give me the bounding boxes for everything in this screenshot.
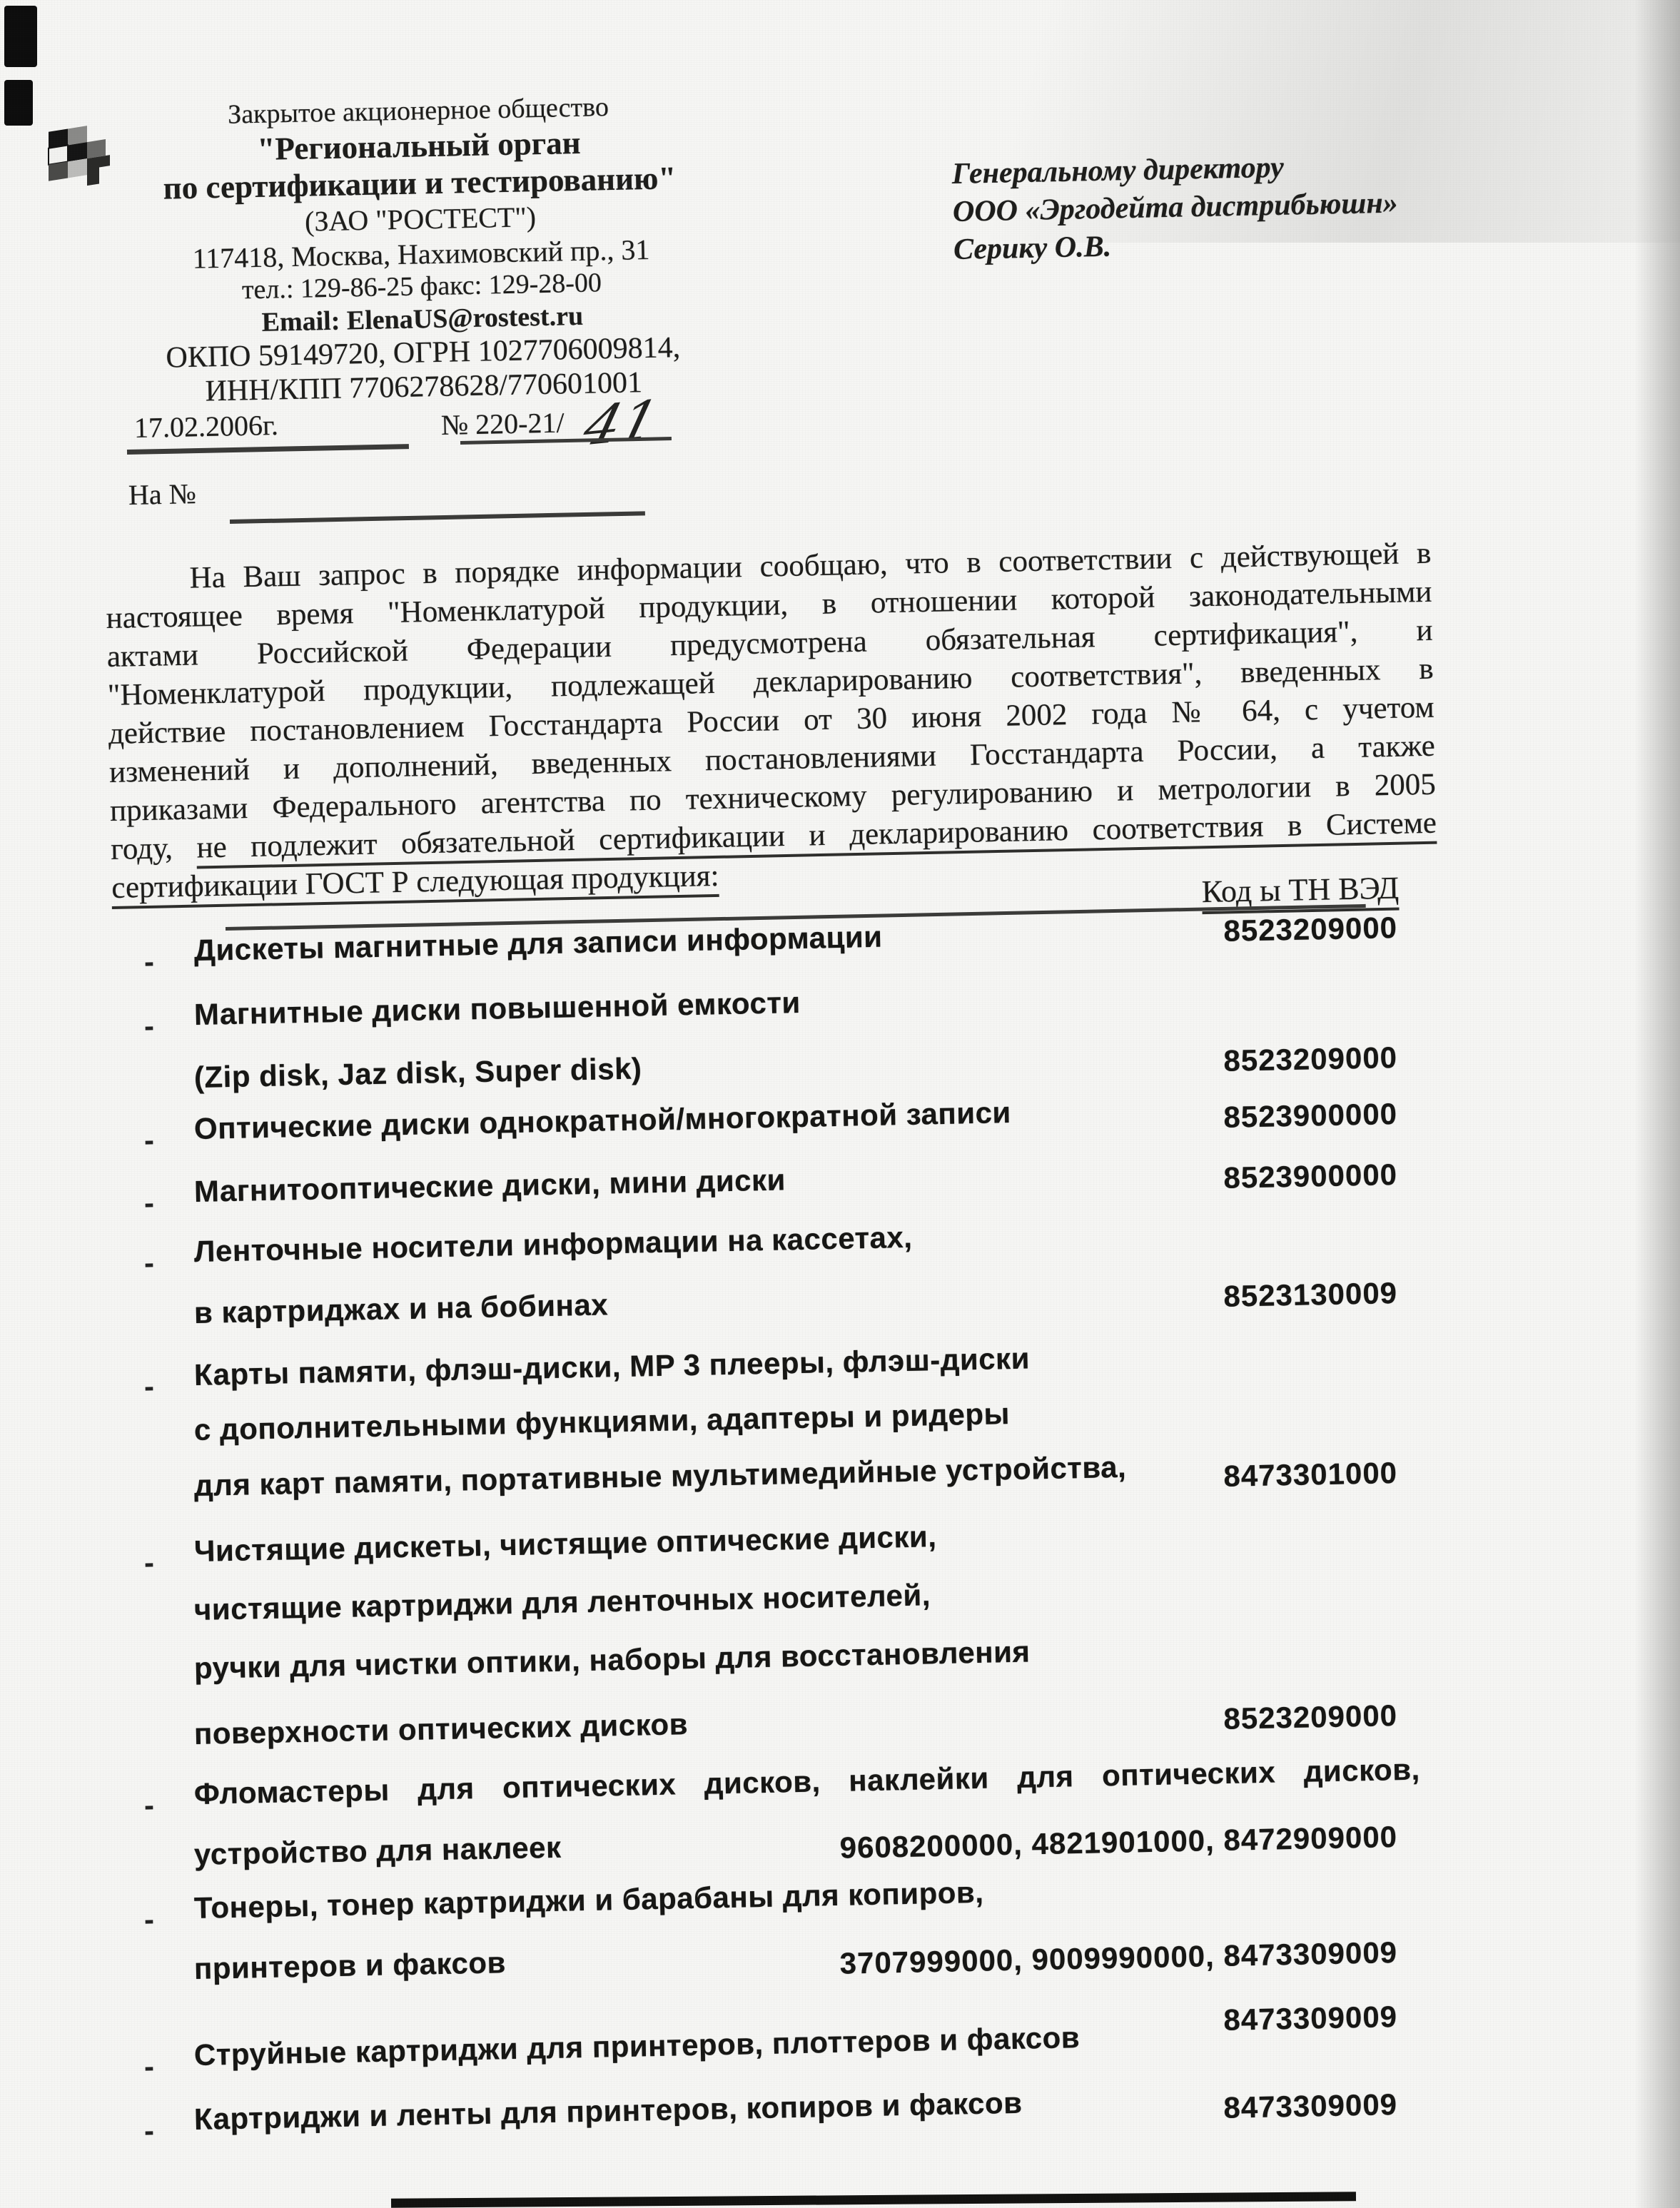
list-marker: - xyxy=(144,2114,155,2148)
tn-ved-code: 8473309009 xyxy=(714,2000,1398,2047)
list-item-line: Карты памяти, флэш-диски, MP 3 плееры, ф… xyxy=(194,1342,1031,1392)
letter-date: 17.02.2006г. xyxy=(134,408,279,445)
recipient-block: Генеральному директору ООО «Эргодейта ди… xyxy=(951,146,1467,269)
list-marker: - xyxy=(144,1009,155,1043)
list-item-line: чистящие картриджи для ленточных носител… xyxy=(194,1578,931,1627)
scanned-letter-page: Закрытое акционерное общество "Региональ… xyxy=(0,0,1680,2208)
list-marker: - xyxy=(144,1186,155,1220)
list-item-line: ручки для чистки оптики, наборы для восс… xyxy=(194,1634,1031,1686)
list-item-line: Тонеры, тонер картриджи и барабаны для к… xyxy=(194,1875,984,1925)
tn-ved-code: 8523130009 xyxy=(714,1276,1398,1324)
list-item-line: (Zip disk, Jaz disk, Super disk) xyxy=(194,1051,642,1095)
scan-artifact-mark xyxy=(4,6,37,67)
list-item-line: Чистящие дискеты, чистящие оптические ди… xyxy=(194,1519,937,1569)
tn-ved-code: 8523209000 xyxy=(714,1040,1398,1088)
date-underline xyxy=(127,444,409,455)
scan-artifact-mark xyxy=(4,80,33,126)
list-marker: - xyxy=(144,1246,155,1280)
scan-edge-streak xyxy=(1634,0,1680,2208)
list-marker: - xyxy=(144,945,155,979)
letter-number-prefix: № 220-21/ xyxy=(441,406,565,442)
tn-ved-code: 8523900000 xyxy=(714,1158,1398,1205)
list-marker: - xyxy=(144,1123,155,1158)
tn-ved-code: 8523209000 xyxy=(714,1698,1398,1746)
list-marker: - xyxy=(144,1369,155,1404)
list-item-line: Фломастеры для оптических дисков, наклей… xyxy=(194,1753,1421,1811)
list-item-line: в картриджах и на бобинах xyxy=(194,1287,609,1330)
list-marker: - xyxy=(144,1546,155,1580)
tn-ved-code: 3707999000, 9009990000, 8473309009 xyxy=(714,1935,1398,1983)
list-item-line: устройство для наклеек xyxy=(194,1830,562,1872)
list-item-line: принтеров и факсов xyxy=(194,1945,507,1986)
body-paragraph: На Ваш запрос в порядке информации сообщ… xyxy=(105,535,1437,908)
scan-bottom-bar xyxy=(391,2192,1356,2207)
list-marker: - xyxy=(144,1903,155,1937)
list-item-line: Магнитооптические диски, мини диски xyxy=(194,1163,786,1209)
tn-ved-code: 9608200000, 4821901000, 8472909000 xyxy=(714,1820,1398,1868)
reply-reference-label: На № xyxy=(128,477,197,512)
list-item-line: Магнитные диски повышенной емкости xyxy=(194,986,801,1032)
reply-reference-underline xyxy=(230,511,645,524)
letterhead: Закрытое акционерное общество "Региональ… xyxy=(76,88,767,411)
list-marker: - xyxy=(144,2050,155,2084)
list-marker: - xyxy=(144,1788,155,1823)
list-item-line: поверхности оптических дисков xyxy=(194,1707,689,1751)
list-item-line: Ленточные носители информации на кассета… xyxy=(194,1220,913,1269)
list-item-line: с дополнительными функциями, адаптеры и … xyxy=(194,1397,1011,1447)
